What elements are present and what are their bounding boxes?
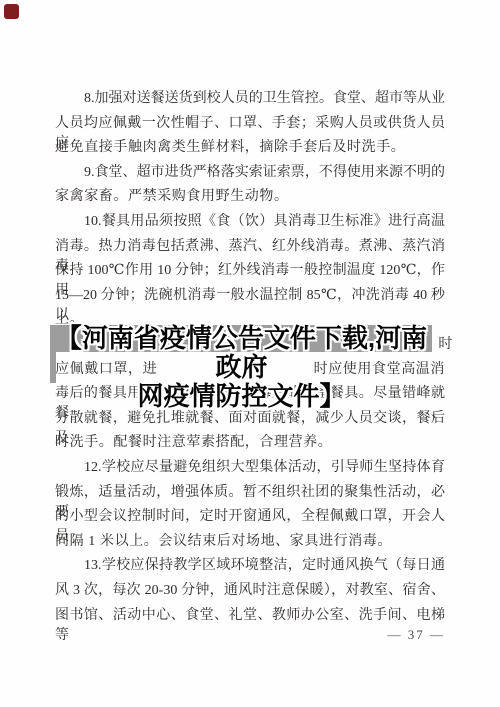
page-number: — 37 —	[55, 627, 445, 643]
doc-line: 8.加强对送餐送货到校人员的卫生管控。食堂、超市等从业	[55, 89, 445, 110]
doc-line: 家禽家畜。严禁采购食用野生动物。	[55, 187, 445, 208]
doc-line: 时洗手。配餐时注意荤素搭配，合理营养。	[55, 433, 445, 454]
doc-line: 避免直接手触肉禽类生鲜材料，摘除手套后及时洗手。	[55, 138, 445, 159]
doc-line: 的小型会议控制时间，定时开窗通风，全程佩戴口罩，开会人员	[55, 507, 445, 528]
doc-line: 锻炼，适量活动，增强体质。暂不组织社团的聚集性活动，必要	[55, 483, 445, 504]
doc-line: 分散就餐，避免扎堆就餐、面对面就餐，减少人员交谈，餐后及	[55, 409, 445, 430]
doc-line: 9.食堂、超市进货严格落实索证索票，不得使用来源不明的	[55, 163, 445, 184]
overlay-title-line1: 【河南省疫情公告文件下载,河南政府	[50, 324, 433, 382]
doc-line: 图书馆、活动中心、食堂、礼堂、教师办公室、洗手间、电梯等	[55, 606, 445, 627]
doc-line: 12.学校应尽量避免组织大型集体活动，引导师生坚持体育	[55, 458, 445, 479]
doc-line: 15—20 分钟；洗碗机消毒一般水温控制 85℃，冲洗消毒 40 秒以	[55, 286, 445, 307]
doc-line: 13.学校应保持教学区域环境整洁，定时通风换气（每日通	[55, 556, 445, 577]
doc-line: 10.餐具用品须按照《食（饮）具消毒卫生标准》进行高温	[55, 212, 445, 233]
doc-line: 消毒。热力消毒包括煮沸、蒸汽、红外线消毒。煮沸、蒸汽消毒	[55, 237, 445, 258]
doc-line: 间隔 1 米以上。会议结束后对场地、家具进行消毒。	[55, 532, 445, 553]
overlay-title-line2: 网疫情防控文件】	[50, 382, 433, 411]
corner-marker	[4, 4, 19, 19]
doc-line: 人员均应佩戴一次性帽子、口罩、手套；采购人员或供货人员应	[55, 114, 445, 135]
doc-line: 风 3 次，每次 20-30 分钟，通风时注意保暖），对教室、宿舍、	[55, 581, 445, 602]
overlay-title: 【河南省疫情公告文件下载,河南政府 网疫情防控文件】	[50, 324, 433, 411]
document-page: 8.加强对送餐送货到校人员的卫生管控。食堂、超市等从业人员均应佩戴一次性帽子、口…	[0, 0, 500, 707]
doc-line: 保持 100℃作用 10 分钟；红外线消毒一般控制温度 120℃，作用	[55, 261, 445, 282]
